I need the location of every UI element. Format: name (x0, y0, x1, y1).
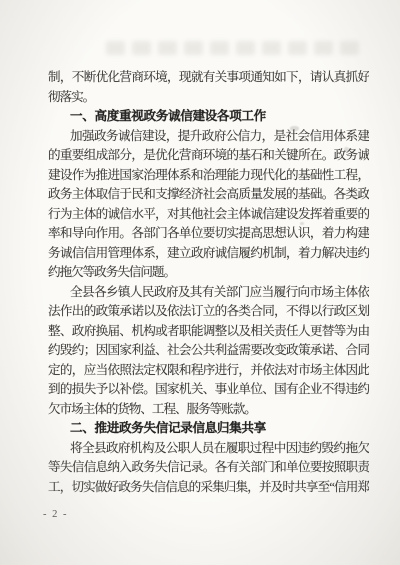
text-line: 彻落实。 (48, 88, 369, 108)
section-heading: 一、高度重视政务诚信建设各项工作 (48, 107, 369, 127)
text-line: 等失信信息纳入政务失信记录。各有关部门和单位要按照职责分 (48, 458, 369, 478)
text-line: 务诚信信用管理体系，建立政府诚信履约机制，着力解决违约毁 (48, 244, 369, 264)
text-line: 全县各乡镇人民政府及其有关部门应当履行向市场主体依 (48, 283, 369, 303)
text-line: 法作出的政策承诺以及依法订立的各类合同，不得以行政区划调 (48, 302, 369, 322)
scanned-page: 制，不断优化营商环境，现就有关事项通知如下，请认真抓好贯彻落实。一、高度重视政务… (0, 0, 400, 565)
text-line: 制，不断优化营商环境，现就有关事项通知如下，请认真抓好贯 (48, 68, 369, 88)
text-line: 到的损失予以补偿。国家机关、事业单位、国有企业不得违约拖 (48, 380, 369, 400)
text-line: 加强政务诚信建设，提升政府公信力，是社会信用体系建设 (48, 127, 369, 147)
text-line: 欠市场主体的货物、工程、服务等账款。 (48, 400, 369, 420)
text-line: 政务主体取信于民和支撑经济社会高质量发展的基础。各类政务 (48, 185, 369, 205)
text-line: 工，切实做好政务失信信息的采集归集，并及时共享至“信用郑 (48, 478, 369, 498)
text-line: 约毁约；因国家利益、社会公共利益需要改变政策承诺、合同约 (48, 341, 369, 361)
section-heading: 二、推进政务失信记录信息归集共享 (48, 419, 369, 439)
text-line: 定的，应当依照法定权限和程序进行，并依法对市场主体因此受 (48, 361, 369, 381)
text-line: 将全县政府机构及公职人员在履职过程中因违约毁约拖欠 (48, 439, 369, 459)
text-line: 行为主体的诚信水平，对其他社会主体诚信建设发挥着重要的表 (48, 205, 369, 225)
page-number: - 2 - (43, 509, 68, 520)
text-line: 建设作为推进国家治理体系和治理能力现代化的基础性工程，是 (48, 166, 369, 186)
bleedthrough-artifact (106, 41, 368, 59)
text-line: 约拖欠等政务失信问题。 (48, 263, 369, 283)
text-line: 的重要组成部分，是优化营商环境的基石和关键所在。政务诚信 (48, 146, 369, 166)
text-line: 整、政府换届、机构或者职能调整以及相关责任人更替等为由违 (48, 322, 369, 342)
text-line: 率和导向作用。各部门各单位要切实提高思想认识，着力构建政 (48, 224, 369, 244)
document-body: 制，不断优化营商环境，现就有关事项通知如下，请认真抓好贯彻落实。一、高度重视政务… (48, 68, 369, 497)
